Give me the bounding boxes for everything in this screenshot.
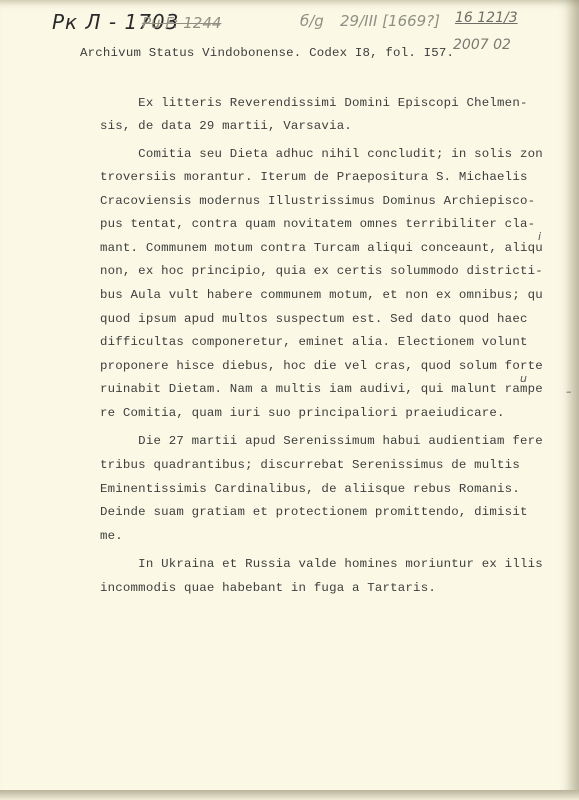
text-line: bus Aula vult habere communem motum, et … bbox=[100, 288, 543, 302]
text-line: incommodis quae habebant in fuga a Tarta… bbox=[100, 581, 436, 595]
pencil-archive-number: 2007 02 bbox=[453, 37, 511, 53]
text-line: Eminentissimis Cardinalibus, de aliisque… bbox=[100, 482, 520, 496]
text-line: proponere hisce diebus, hoc die vel cras… bbox=[100, 359, 543, 373]
margin-insert-mark: i bbox=[538, 230, 541, 243]
margin-correction-mark: u bbox=[520, 372, 527, 385]
pencil-note: б/g bbox=[300, 12, 324, 30]
text-line: tribus quadrantibus; discurrebat Serenis… bbox=[100, 458, 520, 472]
text-line: Cracoviensis modernus Illustrissimus Dom… bbox=[100, 194, 535, 208]
pencil-reference-number: 16 121/3 bbox=[455, 10, 518, 26]
text-line: sis, de data 29 martii, Varsavia. bbox=[100, 119, 352, 133]
text-line: Deinde suam gratiam et protectionem prom… bbox=[100, 505, 528, 519]
typewritten-text: Archivum Status Vindobonense. Codex I8, … bbox=[0, 0, 31, 350]
text-line: troversiis morantur. Iterum de Praeposit… bbox=[100, 170, 528, 184]
source-header: Archivum Status Vindobonense. Codex I8, … bbox=[80, 46, 454, 60]
pencil-date-note: 29/III [1669?] bbox=[340, 12, 440, 30]
text-line: difficultas componeretur, eminet alia. E… bbox=[100, 335, 528, 349]
text-line: ruinabit Dietam. Nam a multis iam audivi… bbox=[100, 382, 543, 396]
text-line: non, ex hoc principio, quia ex certis so… bbox=[100, 264, 543, 278]
text-line: quod ipsum apud multos suspectum est. Se… bbox=[100, 312, 528, 326]
text-line: Ex litteris Reverendissimi Domini Episco… bbox=[100, 96, 528, 110]
text-line: In Ukraina et Russia valde homines moriu… bbox=[100, 557, 543, 571]
text-line: Die 27 martii apud Serenissimum habui au… bbox=[100, 434, 543, 448]
margin-dash-mark: – bbox=[566, 385, 572, 398]
text-line: pus tentat, contra quam novitatem omnes … bbox=[100, 217, 535, 231]
text-line: re Comitia, quam iuri suo principaliori … bbox=[100, 406, 505, 420]
struck-pencil-note: Pu F: 1244 bbox=[142, 14, 221, 32]
document-page: Pк Л - 1703 Pu F: 1244 б/g 29/III [1669?… bbox=[0, 0, 579, 800]
text-line: mant. Communem motum contra Turcam aliqu… bbox=[100, 241, 543, 255]
text-line: Comitia seu Dieta adhuc nihil concludit;… bbox=[100, 147, 543, 161]
page-bottom-edge bbox=[0, 790, 579, 800]
text-line: me. bbox=[100, 529, 123, 543]
